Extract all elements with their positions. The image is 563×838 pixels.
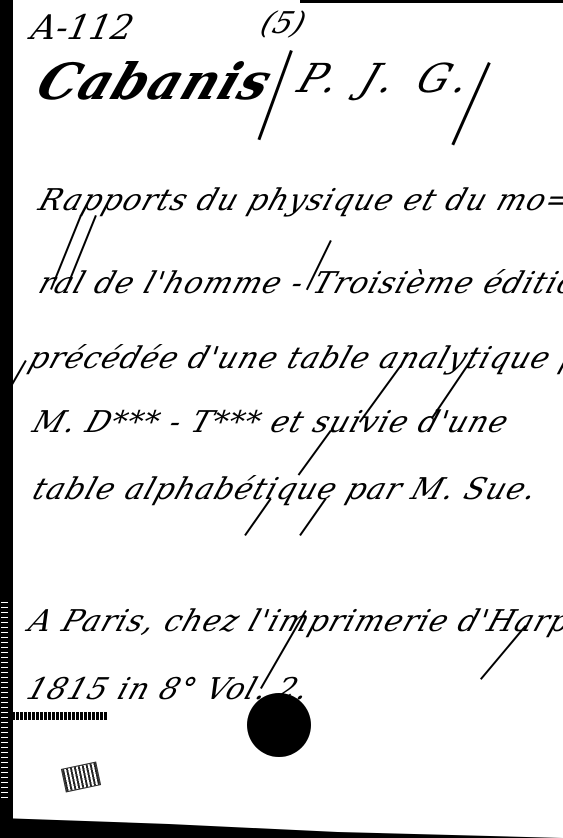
- title-line: M. D*** - T*** et suivie d'une: [28, 405, 513, 440]
- imprint-line: A Paris, chez l'imprimerie d'Harpain: [24, 604, 563, 639]
- author-initials: P. J. G.: [292, 56, 483, 102]
- scan-noise: [1, 600, 8, 800]
- scan-smudge: [12, 712, 107, 720]
- title-line: Rapports du physique et du mo=: [34, 183, 563, 218]
- call-number: A-112: [28, 8, 137, 48]
- card-top-edge: [300, 0, 563, 3]
- title-line: table alphabétique par M. Sue.: [28, 472, 542, 507]
- ink-blot: [247, 693, 311, 757]
- catalog-card: A-112 (5) Cabanis P. J. G. Rapports du p…: [0, 0, 563, 838]
- card-bottom-edge: [0, 818, 563, 838]
- title-line: précédée d'une table analytique par: [24, 341, 563, 376]
- title-line: ral de l'homme - Troisième édition: [34, 266, 563, 301]
- stamp-mark: [61, 762, 101, 793]
- volume-mark: (5): [256, 6, 310, 41]
- author-name: Cabanis: [29, 52, 281, 111]
